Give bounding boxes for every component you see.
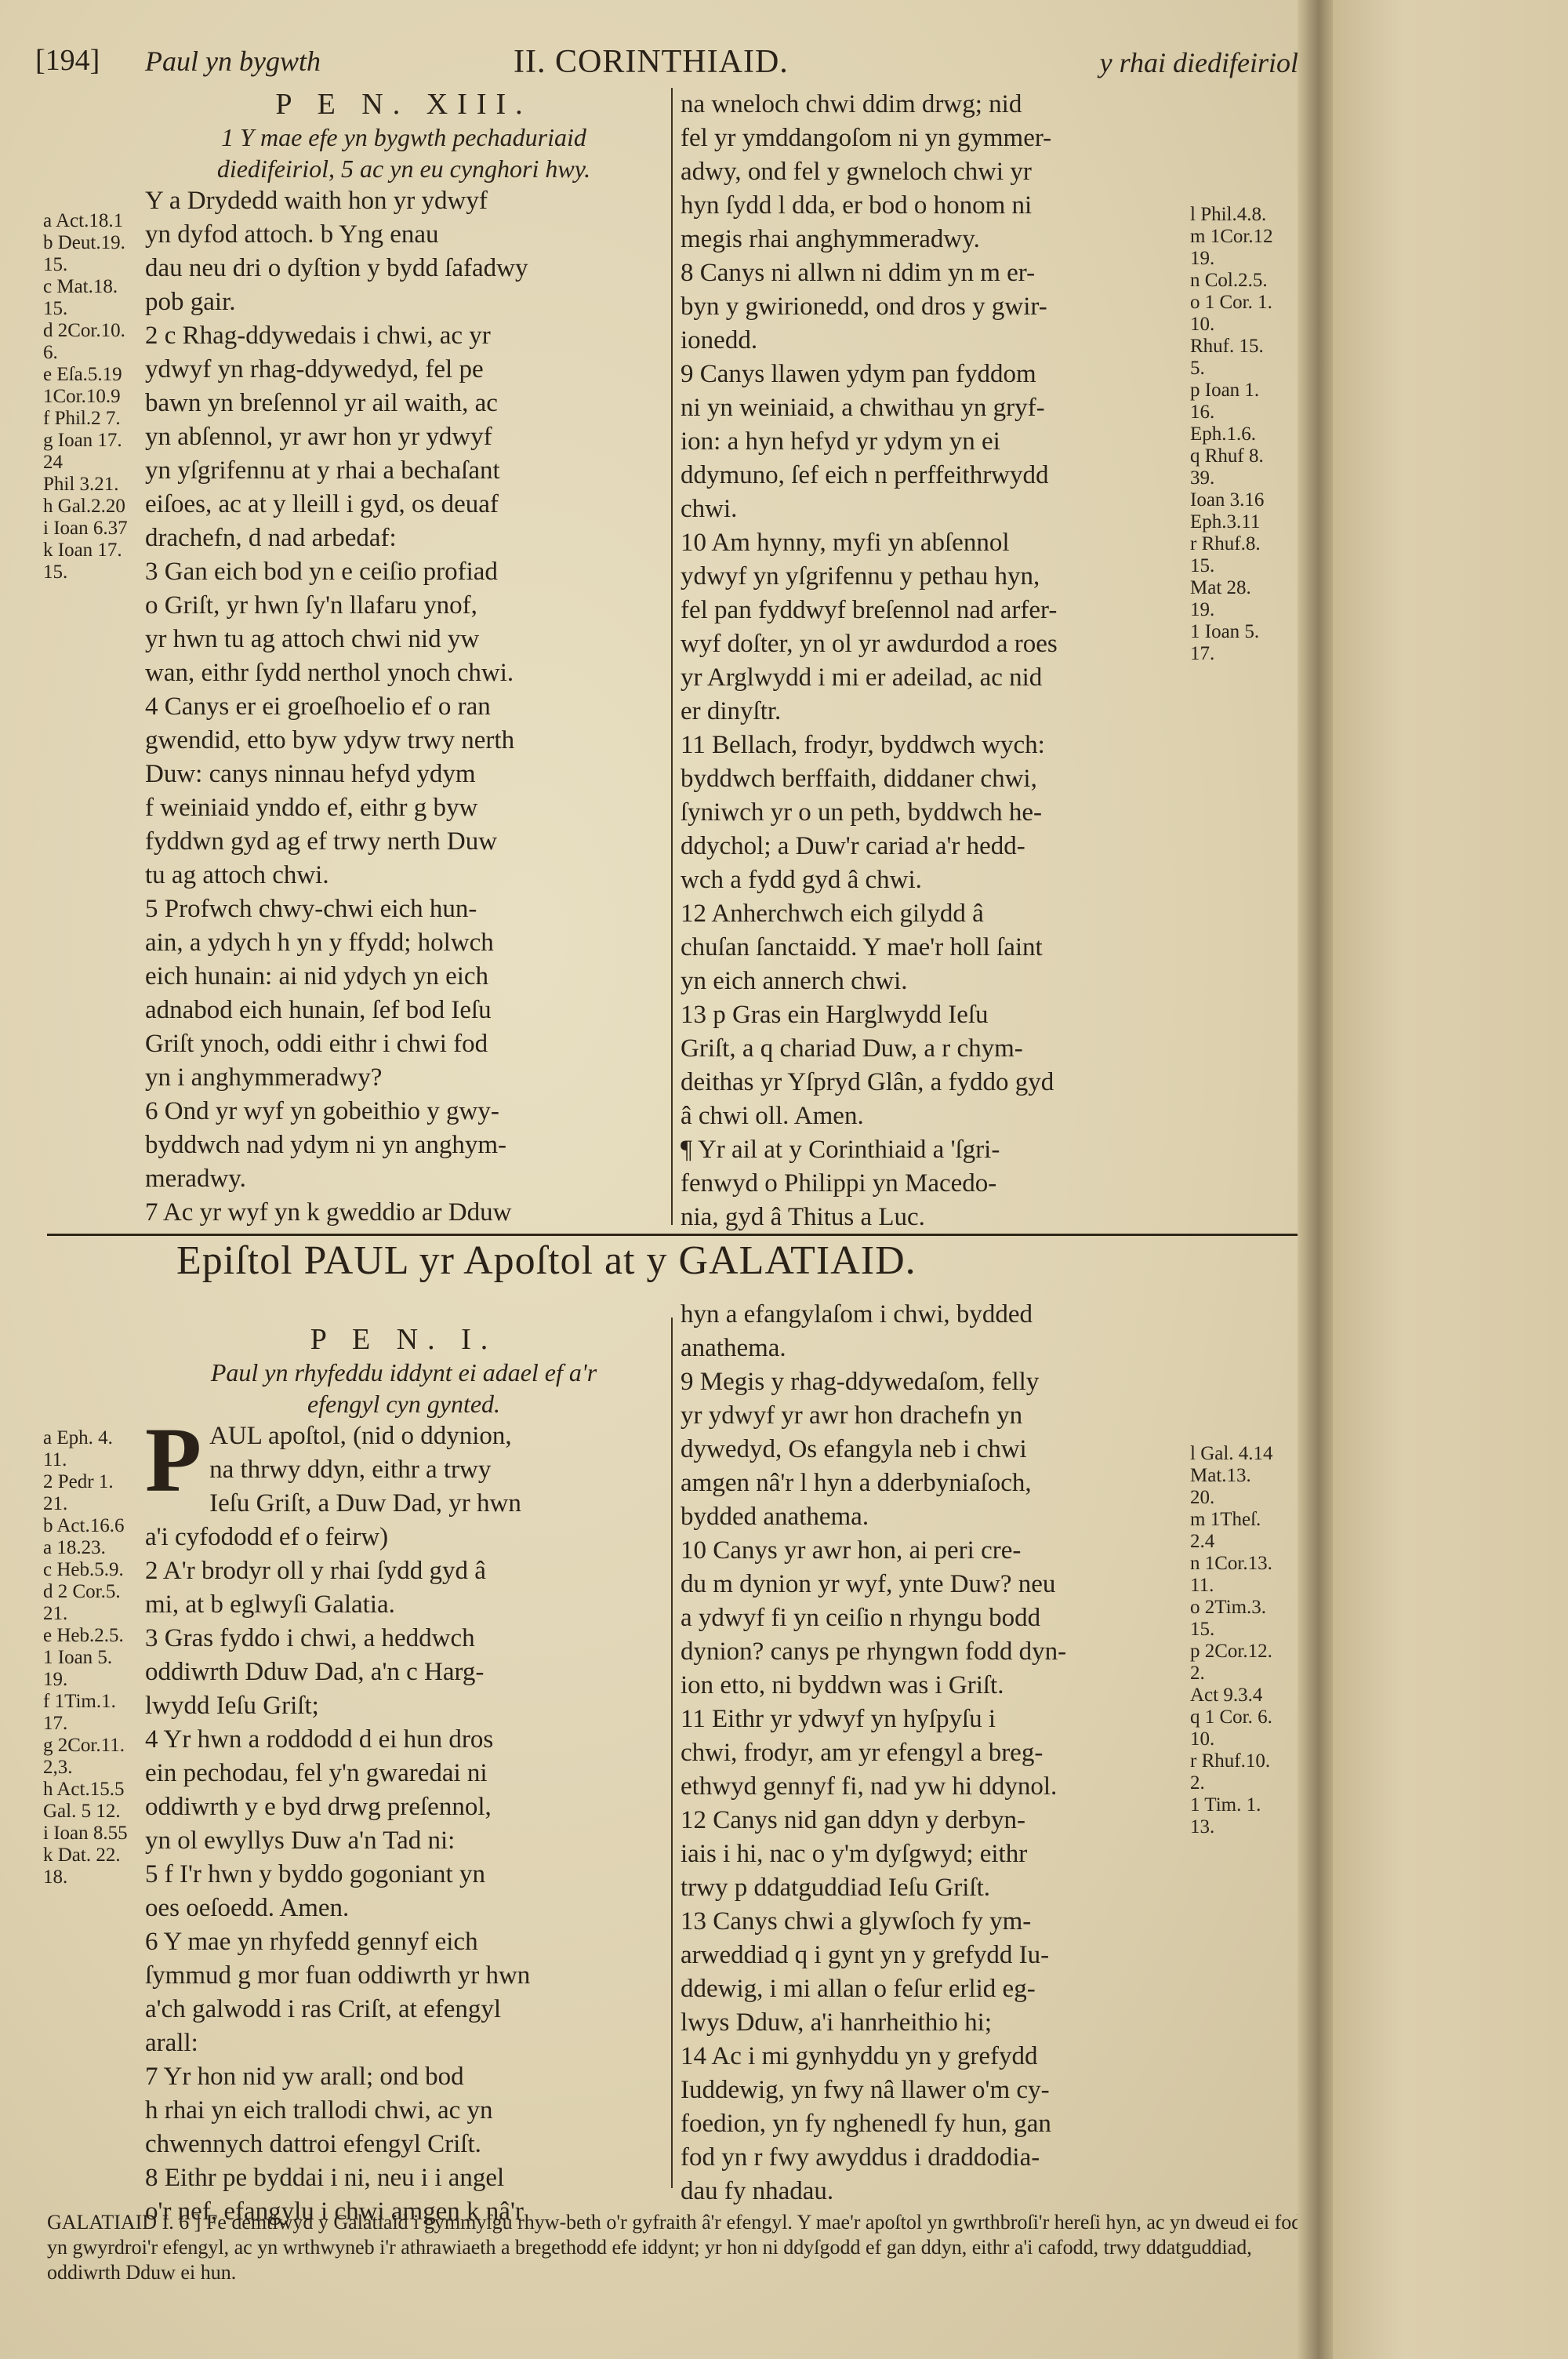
margin-reference: g 2Cor.11. — [43, 1735, 145, 1757]
margin-references-left: a Act.18.1b Deut.19.15.c Mat.18.15.d 2Co… — [43, 210, 145, 583]
verse-line: wan, eithr ſydd nerthol ynoch chwi. — [145, 656, 662, 690]
margin-reference: h Act.15.5 — [43, 1779, 145, 1801]
verse-line: ¶ Yr ail at y Corinthiaid a 'ſgri- — [681, 1133, 1190, 1167]
corinthians-right-column: na wneloch chwi ddim drwg; nidfel yr ymd… — [681, 88, 1190, 1234]
margin-reference: k Ioan 17. — [43, 540, 145, 562]
verse-line: 7 Yr hon nid yw arall; ond bod — [145, 2060, 662, 2094]
margin-reference: 2.4 — [1190, 1531, 1308, 1553]
verse-line: fel pan fyddwyf breſennol nad arfer- — [681, 594, 1190, 627]
verse-line: oddiwrth Dduw Dad, a'n c Harg- — [145, 1656, 662, 1689]
margin-reference: 2. — [1190, 1772, 1308, 1794]
verse-line: byn y gwirionedd, ond dros y gwir- — [681, 290, 1190, 324]
margin-reference: f 1Tim.1. — [43, 1691, 145, 1713]
verse-line: wch a fydd gyd â chwi. — [681, 863, 1190, 897]
verse-line: meradwy. — [145, 1162, 662, 1196]
margin-reference: 15. — [1190, 1619, 1308, 1641]
margin-reference: 10. — [1190, 1728, 1308, 1750]
verse-line: foedion, yn fy nghenedl fy hun, gan — [681, 2107, 1190, 2141]
verse-line: hyn a efangylaſom i chwi, bydded — [681, 1298, 1190, 1332]
verse-line: 3 Gras fyddo i chwi, a heddwch — [145, 1622, 662, 1656]
verse-line: yn yſgrifennu at y rhai a bechaſant — [145, 454, 662, 488]
verse-line: ſymmud g mor fuan oddiwrth yr hwn — [145, 1959, 662, 1993]
verse-line: yn ol ewyllys Duw a'n Tad ni: — [145, 1824, 662, 1858]
verse-line: ddewig, i mi allan o feſur erlid eg- — [681, 1972, 1190, 2006]
verse-line: h rhai yn eich trallodi chwi, ac yn — [145, 2094, 662, 2128]
verse-line: arweddiad q i gynt yn y grefydd Iu- — [681, 1939, 1190, 1972]
margin-reference: 1 Tim. 1. — [1190, 1794, 1308, 1816]
verse-line: oddiwrth y e byd drwg preſennol, — [145, 1790, 662, 1824]
margin-reference: 1 Ioan 5. — [1190, 621, 1308, 643]
verse-line: fod yn r fwy awyddus i draddodia- — [681, 2141, 1190, 2175]
verse-line: chwi, frodyr, am yr efengyl a breg- — [681, 1736, 1190, 1770]
margin-reference: p 2Cor.12. — [1190, 1641, 1308, 1663]
margin-reference: 19. — [43, 1669, 145, 1691]
verse-lines: Y a Drydedd waith hon yr ydwyf yn dyfod … — [145, 184, 662, 1230]
verse-line: AUL apoſtol, (nid o ddynion, — [145, 1419, 662, 1453]
margin-reference: Act 9.3.4 — [1190, 1685, 1308, 1707]
running-caption-left: Paul yn bygwth — [145, 45, 321, 78]
verse-line: ni yn weiniaid, a chwithau yn gryf- — [681, 391, 1190, 425]
verse-line: adnabod eich hunain, ſef bod Ieſu — [145, 994, 662, 1027]
margin-reference: n Col.2.5. — [1190, 270, 1308, 292]
margin-reference: 24 — [43, 452, 145, 474]
verse-line: gwendid, etto byw ydyw trwy nerth — [145, 724, 662, 758]
margin-reference: 39. — [1190, 467, 1308, 489]
margin-reference: 17. — [1190, 643, 1308, 665]
verse-line: 6 Y mae yn rhyfedd gennyf eich — [145, 1925, 662, 1959]
verse-line: 8 Eithr pe byddai i ni, neu i i angel — [145, 2161, 662, 2195]
epistle-title: Epiſtol PAUL yr Apoſtol at y GALATIAID. — [176, 1238, 916, 1284]
verse-line: nia, gyd â Thitus a Luc. — [681, 1201, 1190, 1234]
summary-line: 1 Y mae efe yn bygwth pechaduriaid — [145, 122, 662, 153]
margin-reference: 19. — [1190, 248, 1308, 270]
verse-line: 10 Canys yr awr hon, ai peri cre- — [681, 1534, 1190, 1568]
margin-reference: r Rhuf.8. — [1190, 533, 1308, 555]
verse-line: na wneloch chwi ddim drwg; nid — [681, 88, 1190, 122]
verse-line: chuſan ſanctaidd. Y mae'r holl ſaint — [681, 931, 1190, 965]
margin-reference: 2,3. — [43, 1757, 145, 1779]
margin-reference: 2. — [1190, 1663, 1308, 1685]
verse-lines: AUL apoſtol, (nid o ddynion, na thrwy dd… — [145, 1419, 662, 2229]
margin-reference: i Ioan 6.37 — [43, 518, 145, 540]
verse-line: ionedd. — [681, 324, 1190, 358]
margin-reference: d 2 Cor.5. — [43, 1581, 145, 1603]
verse-line: Duw: canys ninnau hefyd ydym — [145, 758, 662, 791]
margin-reference: 5. — [1190, 358, 1308, 380]
verse-line: deithas yr Yſpryd Glân, a fyddo gyd — [681, 1066, 1190, 1100]
margin-reference: l Gal. 4.14 — [1190, 1443, 1308, 1465]
margin-reference: c Heb.5.9. — [43, 1559, 145, 1581]
margin-reference: Mat 28. — [1190, 577, 1308, 599]
margin-references-left: a Eph. 4.11.2 Pedr 1.21.b Act.16.6a 18.2… — [43, 1427, 145, 1888]
margin-reference: Rhuf. 15. — [1190, 336, 1308, 358]
verse-line: dynion? canys pe rhyngwn fodd dyn- — [681, 1635, 1190, 1669]
verse-line: 2 c Rhag-ddywedais i chwi, ac yr — [145, 319, 662, 353]
margin-reference: Mat.13. — [1190, 1465, 1308, 1487]
verse-line: 9 Canys llawen ydym pan fyddom — [681, 358, 1190, 391]
margin-reference: 1 Ioan 5. — [43, 1647, 145, 1669]
verse-line: bawn yn breſennol yr ail waith, ac — [145, 387, 662, 420]
verse-line: ydwyf yn rhag-ddywedyd, fel pe — [145, 353, 662, 387]
verse-line: ion: a hyn hefyd yr ydym yn ei — [681, 425, 1190, 459]
commentary-footnote: GALATIAID I. 6 ] Fe demtiwyd y Galatiaid… — [47, 2210, 1309, 2285]
margin-reference: Eph.1.6. — [1190, 423, 1308, 445]
margin-reference: k Dat. 22. — [43, 1845, 145, 1866]
margin-reference: i Ioan 8.55 — [43, 1823, 145, 1845]
margin-reference: 21. — [43, 1603, 145, 1625]
verse-line: oes oeſoedd. Amen. — [145, 1892, 662, 1925]
verse-line: 9 Megis y rhag-ddywedaſom, felly — [681, 1365, 1190, 1399]
book-page-right-fragment: Paul. 15 Ond pan wyr hwn a'm neillduomam… — [1333, 0, 1568, 2359]
verse-line: a ydwyf fi yn ceiſio n rhyngu bodd — [681, 1601, 1190, 1635]
verse-line: 13 p Gras ein Harglwydd Ieſu — [681, 998, 1190, 1032]
margin-reference: n 1Cor.13. — [1190, 1553, 1308, 1575]
verse-line: 14 Ac i mi gynhyddu yn y grefydd — [681, 2040, 1190, 2074]
running-head: [194] Paul yn bygwth II. CORINTHIAID. y … — [35, 43, 1305, 90]
verse-line: â chwi oll. Amen. — [681, 1100, 1190, 1133]
verse-line: yn dyfod attoch. b Yng enau — [145, 218, 662, 252]
margin-reference: p Ioan 1. — [1190, 380, 1308, 402]
column-rule — [671, 1318, 673, 2188]
margin-references-right: l Phil.4.8.m 1Cor.1219.n Col.2.5.o 1 Cor… — [1190, 204, 1308, 665]
verse-line: dau fy nhadau. — [681, 2175, 1190, 2208]
verse-lines: na wneloch chwi ddim drwg; nidfel yr ymd… — [681, 88, 1190, 1234]
verse-line: 5 f I'r hwn y byddo gogoniant yn — [145, 1858, 662, 1892]
verse-line: ain, a ydych h yn y ffydd; holwch — [145, 926, 662, 960]
verse-line: fenwyd o Philippi yn Macedo- — [681, 1167, 1190, 1201]
margin-reference: d 2Cor.10. — [43, 320, 145, 342]
margin-reference: Ioan 3.16 — [1190, 489, 1308, 511]
verse-line: ethwyd gennyf fi, nad yw hi ddynol. — [681, 1770, 1190, 1804]
verse-line: byddwch nad ydym ni yn anghym- — [145, 1129, 662, 1162]
verse-line: 13 Canys chwi a glywſoch fy ym- — [681, 1905, 1190, 1939]
verse-line: chwi. — [681, 493, 1190, 526]
chapter-heading: P E N. I. — [145, 1323, 662, 1357]
verse-line: 4 Yr hwn a roddodd d ei hun dros — [145, 1723, 662, 1757]
verse-line: byddwch berffaith, diddaner chwi, — [681, 762, 1190, 796]
verse-line: 12 Anherchwch eich gilydd â — [681, 897, 1190, 931]
verse-line: amgen nâ'r l hyn a dderbyniaſoch, — [681, 1467, 1190, 1500]
section-rule — [47, 1234, 1301, 1236]
margin-reference: 16. — [1190, 402, 1308, 423]
verse-line: Iuddewig, yn fwy nâ llawer o'm cy- — [681, 2074, 1190, 2107]
verse-line: tu ag attoch chwi. — [145, 859, 662, 892]
verse-line: drachefn, d nad arbedaf: — [145, 522, 662, 555]
margin-reference: Phil 3.21. — [43, 474, 145, 496]
verse-line: Griſt, a q chariad Duw, a r chym- — [681, 1032, 1190, 1066]
margin-reference: 17. — [43, 1713, 145, 1735]
margin-reference: 10. — [1190, 314, 1308, 336]
verse-line: eiſoes, ac at y lleill i gyd, os deuaf — [145, 488, 662, 522]
margin-reference: 15. — [43, 298, 145, 320]
book-name: II. CORINTHIAID. — [514, 43, 789, 81]
verse-line: ein pechodau, fel y'n gwaredai ni — [145, 1757, 662, 1790]
verse-line: f weiniaid ynddo ef, eithr g byw — [145, 791, 662, 825]
margin-reference: 20. — [1190, 1487, 1308, 1509]
verse-line: 10 Am hynny, myfi yn abſennol — [681, 526, 1190, 560]
verse-line: 3 Gan eich bod yn e ceiſio profiad — [145, 555, 662, 589]
verse-line: 11 Eithr yr ydwyf yn hyſpyſu i — [681, 1703, 1190, 1736]
verse-line: er dinyſtr. — [681, 695, 1190, 729]
verse-line: 12 Canys nid gan ddyn y derbyn- — [681, 1804, 1190, 1837]
verse-line: yr hwn tu ag attoch chwi nid yw — [145, 623, 662, 656]
verse-line: 2 A'r brodyr oll y rhai ſydd gyd â — [145, 1554, 662, 1588]
verse-line: Griſt ynoch, oddi eithr i chwi fod — [145, 1027, 662, 1061]
verse-line: 11 Bellach, frodyr, byddwch wych: — [681, 729, 1190, 762]
verse-line: chwennych dattroi efengyl Criſt. — [145, 2128, 662, 2161]
verse-line: yr Arglwydd i mi er adeilad, ac nid — [681, 661, 1190, 695]
verse-line: fel yr ymddangoſom ni yn gymmer- — [681, 122, 1190, 155]
summary-line: Paul yn rhyfeddu iddynt ei adael ef a'r — [145, 1357, 662, 1388]
margin-reference: 15. — [1190, 555, 1308, 577]
margin-reference: o 2Tim.3. — [1190, 1597, 1308, 1619]
verse-line: arall: — [145, 2026, 662, 2060]
corinthians-left-column: P E N. XIII. 1 Y mae efe yn bygwth pecha… — [145, 88, 662, 1230]
margin-reference: a Act.18.1 — [43, 210, 145, 232]
verse-line: 7 Ac yr wyf yn k gweddio ar Dduw — [145, 1196, 662, 1230]
verse-line: trwy p ddatguddiad Ieſu Griſt. — [681, 1871, 1190, 1905]
verse-line: Ieſu Griſt, a Duw Dad, yr hwn — [145, 1487, 662, 1521]
chapter-summary: 1 Y mae efe yn bygwth pechaduriaid diedi… — [145, 122, 662, 184]
verse-line: adwy, ond fel y gwneloch chwi yr — [681, 155, 1190, 189]
margin-reference: 2 Pedr 1. — [43, 1471, 145, 1493]
verse-line: o Griſt, yr hwn ſy'n llafaru ynof, — [145, 589, 662, 623]
summary-line: efengyl cyn gynted. — [145, 1388, 662, 1419]
verse-line: lwys Dduw, a'i hanrheithio hi; — [681, 2006, 1190, 2040]
running-caption-right: y rhai diedifeiriol. — [1100, 46, 1305, 79]
margin-reference: Eph.3.11 — [1190, 511, 1308, 533]
verse-line: 5 Profwch chwy-chwi eich hun- — [145, 892, 662, 926]
page-number: [194] — [35, 43, 100, 78]
margin-reference: e Eſa.5.19 — [43, 364, 145, 386]
margin-reference: q 1 Cor. 6. — [1190, 1707, 1308, 1728]
verse-line: ion etto, ni byddwn was i Griſt. — [681, 1669, 1190, 1703]
margin-references-right: l Gal. 4.14Mat.13.20.m 1Theſ.2.4n 1Cor.1… — [1190, 1443, 1308, 1838]
margin-reference: l Phil.4.8. — [1190, 204, 1308, 226]
verse-line: dau neu dri o dyſtion y bydd ſafadwy — [145, 252, 662, 285]
margin-reference: 15. — [43, 254, 145, 276]
summary-line: diedifeiriol, 5 ac yn eu cynghori hwy. — [145, 153, 662, 184]
verse-line: yr ydwyf yr awr hon drachefn yn — [681, 1399, 1190, 1433]
verse-line: mi, at b eglwyſi Galatia. — [145, 1588, 662, 1622]
margin-reference: a 18.23. — [43, 1537, 145, 1559]
verse-line: dywedyd, Os efangyla neb i chwi — [681, 1433, 1190, 1467]
galatians-left-column: P E N. I. Paul yn rhyfeddu iddynt ei ada… — [145, 1282, 662, 2229]
verse-line: yn eich annerch chwi. — [681, 965, 1190, 998]
galatians-right-column: hyn a efangylaſom i chwi, byddedanathema… — [681, 1298, 1190, 2208]
verse-line: megis rhai anghymmeradwy. — [681, 223, 1190, 256]
margin-reference: h Gal.2.20 — [43, 496, 145, 518]
margin-reference: b Deut.19. — [43, 232, 145, 254]
verse-line: na thrwy ddyn, eithr a trwy — [145, 1453, 662, 1487]
verse-line: 4 Canys er ei groeſhoelio ef o ran — [145, 690, 662, 724]
margin-reference: a Eph. 4. — [43, 1427, 145, 1449]
verse-line: ddychol; a Duw'r cariad a'r hedd- — [681, 830, 1190, 863]
verse-line: ydwyf yn yſgrifennu y pethau hyn, — [681, 560, 1190, 594]
verse-line: yn abſennol, yr awr hon yr ydwyf — [145, 420, 662, 454]
verse-line: 6 Ond yr wyf yn gobeithio y gwy- — [145, 1095, 662, 1129]
margin-reference: 15. — [43, 562, 145, 583]
chapter-heading: P E N. XIII. — [145, 88, 662, 122]
verse-line: wyf doſter, yn ol yr awdurdod a roes — [681, 627, 1190, 661]
chapter-summary: Paul yn rhyfeddu iddynt ei adael ef a'r … — [145, 1357, 662, 1419]
verse-line: yn i anghymmeradwy? — [145, 1061, 662, 1095]
book-page-left: [194] Paul yn bygwth II. CORINTHIAID. y … — [0, 0, 1317, 2359]
verse-lines: hyn a efangylaſom i chwi, byddedanathema… — [681, 1298, 1190, 2208]
verse-line: ſyniwch yr o un peth, byddwch he- — [681, 796, 1190, 830]
verse-line: 8 Canys ni allwn ni ddim yn m er- — [681, 256, 1190, 290]
verse-line: du m dynion yr wyf, ynte Duw? neu — [681, 1568, 1190, 1601]
margin-reference: q Rhuf 8. — [1190, 445, 1308, 467]
margin-reference: 18. — [43, 1866, 145, 1888]
verse-line: ddymuno, ſef eich n perffeithrwydd — [681, 459, 1190, 493]
margin-reference: 21. — [43, 1493, 145, 1515]
margin-reference: f Phil.2 7. — [43, 408, 145, 430]
margin-reference: r Rhuf.10. — [1190, 1750, 1308, 1772]
verse-line: pob gair. — [145, 285, 662, 319]
verse-line: iais i hi, nac o y'm dyſgwyd; eithr — [681, 1837, 1190, 1871]
margin-reference: g Ioan 17. — [43, 430, 145, 452]
column-rule — [671, 88, 673, 1225]
verse-line: bydded anathema. — [681, 1500, 1190, 1534]
margin-reference: e Heb.2.5. — [43, 1625, 145, 1647]
margin-reference: c Mat.18. — [43, 276, 145, 298]
margin-reference: b Act.16.6 — [43, 1515, 145, 1537]
margin-reference: 1Cor.10.9 — [43, 386, 145, 408]
verse-line: fyddwn gyd ag ef trwy nerth Duw — [145, 825, 662, 859]
margin-reference: Gal. 5 12. — [43, 1801, 145, 1823]
margin-reference: 13. — [1190, 1816, 1308, 1838]
margin-reference: 11. — [43, 1449, 145, 1471]
verse-line: lwydd Ieſu Griſt; — [145, 1689, 662, 1723]
margin-reference: o 1 Cor. 1. — [1190, 292, 1308, 314]
verse-line: a'i cyfododd ef o feirw) — [145, 1521, 662, 1554]
verse-line: hyn ſydd l dda, er bod o honom ni — [681, 189, 1190, 223]
margin-reference: m 1Theſ. — [1190, 1509, 1308, 1531]
verse-line: eich hunain: ai nid ydych yn eich — [145, 960, 662, 994]
verse-line: anathema. — [681, 1332, 1190, 1365]
margin-reference: 6. — [43, 342, 145, 364]
margin-reference: 11. — [1190, 1575, 1308, 1597]
margin-reference: 19. — [1190, 599, 1308, 621]
verse-line: a'ch galwodd i ras Criſt, at efengyl — [145, 1993, 662, 2026]
verse-line: Y a Drydedd waith hon yr ydwyf — [145, 184, 662, 218]
drop-cap-p: P — [145, 1421, 201, 1499]
margin-reference: m 1Cor.12 — [1190, 226, 1308, 248]
